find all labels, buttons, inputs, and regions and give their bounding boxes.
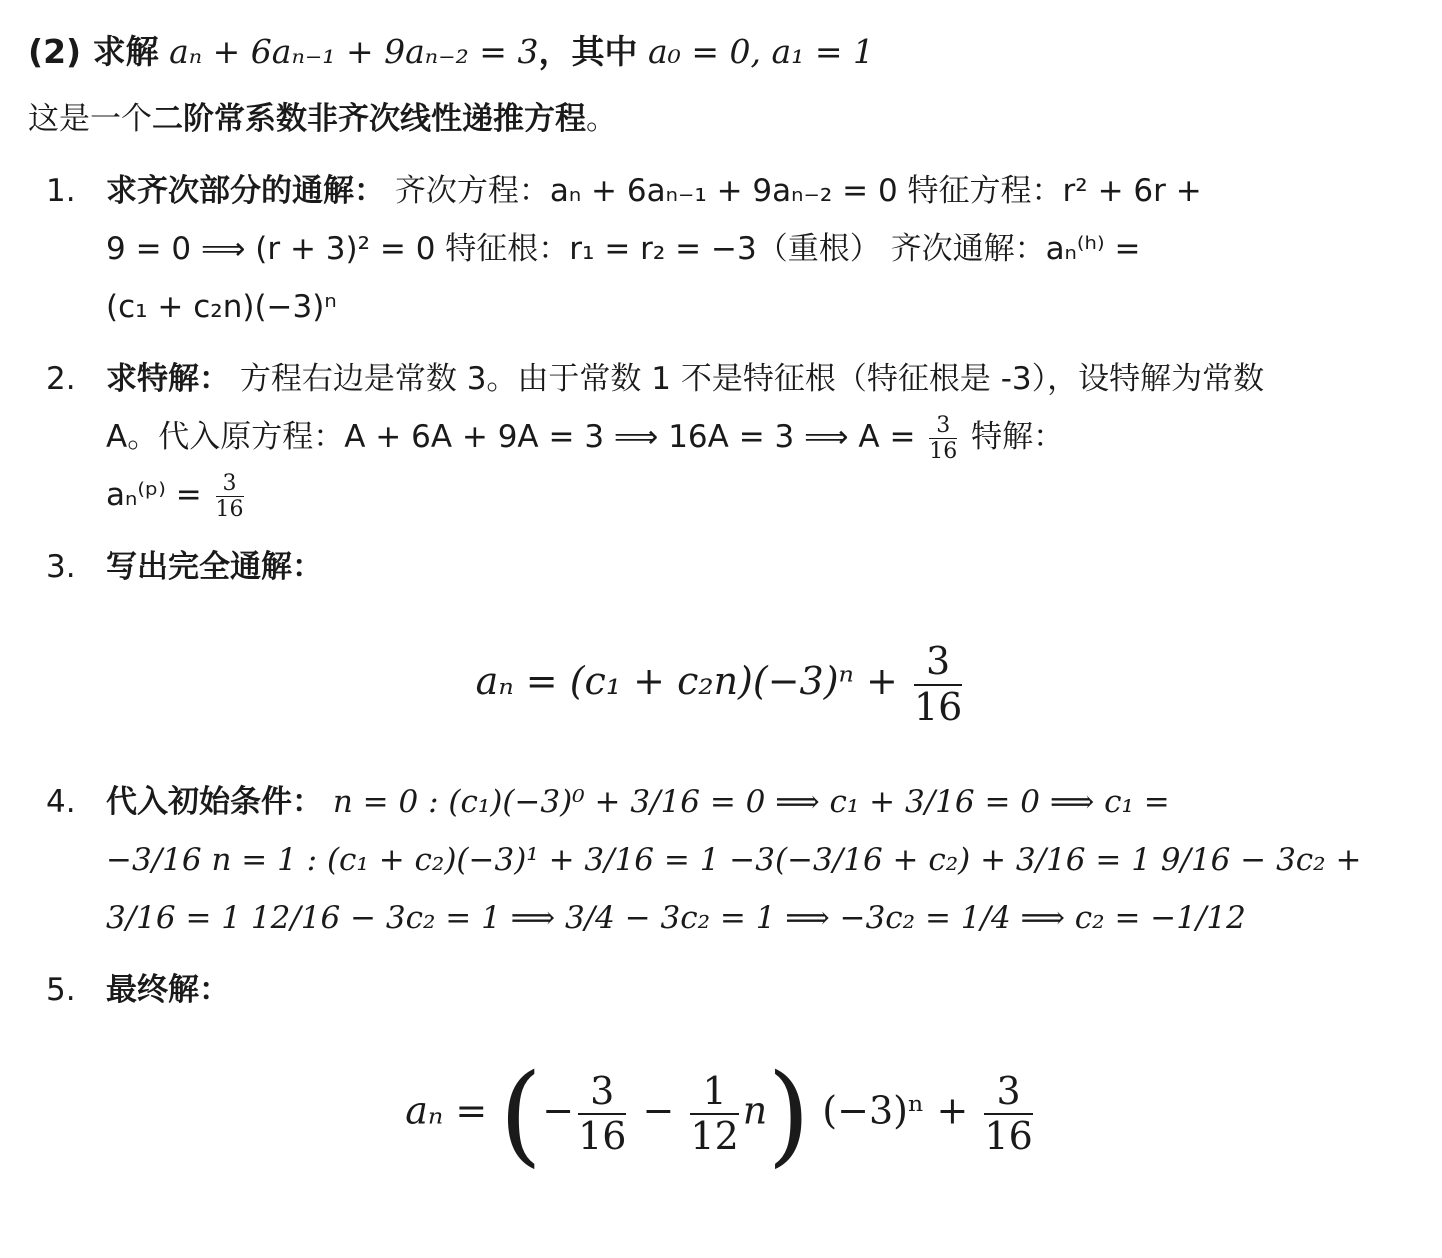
step-4-line-2: −3/16 n = 1 : (c₁ + c₂)(−3)¹ + 3/16 = 1 …: [106, 831, 1414, 889]
step-title: 最终解：: [106, 961, 1414, 1019]
intro-bold: 二阶常系数非齐次线性递推方程: [152, 101, 586, 137]
fraction: 316: [216, 471, 244, 523]
left-paren: (: [499, 1050, 542, 1178]
intro-prefix: 这是一个: [28, 101, 152, 137]
solution-steps: 1. 求齐次部分的通解： 齐次方程：aₙ + 6aₙ₋₁ + 9aₙ₋₂ = 0…: [28, 162, 1414, 596]
right-paren: ): [767, 1050, 810, 1178]
fraction: 316: [929, 413, 957, 465]
step-4-line-1: 代入初始条件： n = 0 : (c₁)(−3)⁰ + 3/16 = 0 ⟹ c…: [106, 773, 1414, 831]
step-1-line-3: (c₁ + c₂n)(−3)ⁿ: [106, 278, 1414, 336]
fraction: 316: [578, 1070, 626, 1159]
step-number: 2.: [46, 350, 76, 408]
step-text: A。代入原方程：A + 6A + 9A = 3 ⟹ 16A = 3 ⟹ A =: [106, 419, 915, 455]
fraction: 112: [690, 1070, 738, 1159]
step-3: 3. 写出完全通解：: [28, 538, 1414, 596]
initial-conditions: a₀ = 0, a₁ = 1: [648, 32, 874, 71]
step-4: 4. 代入初始条件： n = 0 : (c₁)(−3)⁰ + 3/16 = 0 …: [28, 773, 1414, 947]
intro-suffix: 。: [586, 101, 617, 137]
solution-steps-continued: 4. 代入初始条件： n = 0 : (c₁)(−3)⁰ + 3/16 = 0 …: [28, 773, 1414, 1019]
problem-heading: (2) 求解 aₙ + 6aₙ₋₁ + 9aₙ₋₂ = 3，其中 a₀ = 0,…: [28, 22, 1414, 82]
step-1-line-2: 9 = 0 ⟹ (r + 3)² = 0 特征根：r₁ = r₂ = −3（重根…: [106, 220, 1414, 278]
problem-label: (2) 求解: [28, 32, 159, 71]
step-1: 1. 求齐次部分的通解： 齐次方程：aₙ + 6aₙ₋₁ + 9aₙ₋₂ = 0…: [28, 162, 1414, 336]
recurrence-equation: aₙ + 6aₙ₋₁ + 9aₙ₋₂ = 3: [169, 32, 538, 71]
step-2-line-3: aₙ⁽ᵖ⁾ = 316: [106, 466, 1414, 524]
step-title: 求特解：: [106, 361, 230, 397]
step-number: 3.: [46, 538, 76, 596]
step-1-line-1: 求齐次部分的通解： 齐次方程：aₙ + 6aₙ₋₁ + 9aₙ₋₂ = 0 特征…: [106, 162, 1414, 220]
document: (2) 求解 aₙ + 6aₙ₋₁ + 9aₙ₋₂ = 3，其中 a₀ = 0,…: [0, 0, 1442, 1169]
step-2-line-1: 求特解： 方程右边是常数 3。由于常数 1 不是特征根（特征根是 -3），设特解…: [106, 350, 1414, 408]
step-title: 求齐次部分的通解：: [106, 173, 385, 209]
step-text: 齐次方程：aₙ + 6aₙ₋₁ + 9aₙ₋₂ = 0 特征方程：r² + 6r…: [395, 173, 1202, 209]
step-4-line-3: 3/16 = 1 12/16 − 3c₂ = 1 ⟹ 3/4 − 3c₂ = 1…: [106, 889, 1414, 947]
step-number: 5.: [46, 961, 76, 1019]
step-2: 2. 求特解： 方程右边是常数 3。由于常数 1 不是特征根（特征根是 -3），…: [28, 350, 1414, 524]
step-title: 代入初始条件：: [106, 784, 323, 820]
step-number: 4.: [46, 773, 76, 831]
step-text: 方程右边是常数 3。由于常数 1 不是特征根（特征根是 -3），设特解为常数: [240, 361, 1264, 397]
fraction: 316: [984, 1070, 1032, 1159]
step-text: 特解：: [971, 419, 1064, 455]
fraction: 316: [914, 640, 962, 729]
step-2-line-2: A。代入原方程：A + 6A + 9A = 3 ⟹ 16A = 3 ⟹ A = …: [106, 408, 1414, 466]
step-number: 1.: [46, 162, 76, 220]
general-solution-display: aₙ = (c₁ + c₂n)(−3)ⁿ + 316: [28, 640, 1414, 729]
final-solution-display: aₙ = (−316 − 112n) (−3)ⁿ + 316: [28, 1059, 1414, 1169]
heading-separator: ，其中: [538, 32, 637, 71]
step-text: aₙ⁽ᵖ⁾ =: [106, 477, 202, 513]
step-5: 5. 最终解：: [28, 961, 1414, 1019]
intro-sentence: 这是一个二阶常系数非齐次线性递推方程。: [28, 90, 1414, 148]
step-title: 写出完全通解：: [106, 538, 1414, 596]
